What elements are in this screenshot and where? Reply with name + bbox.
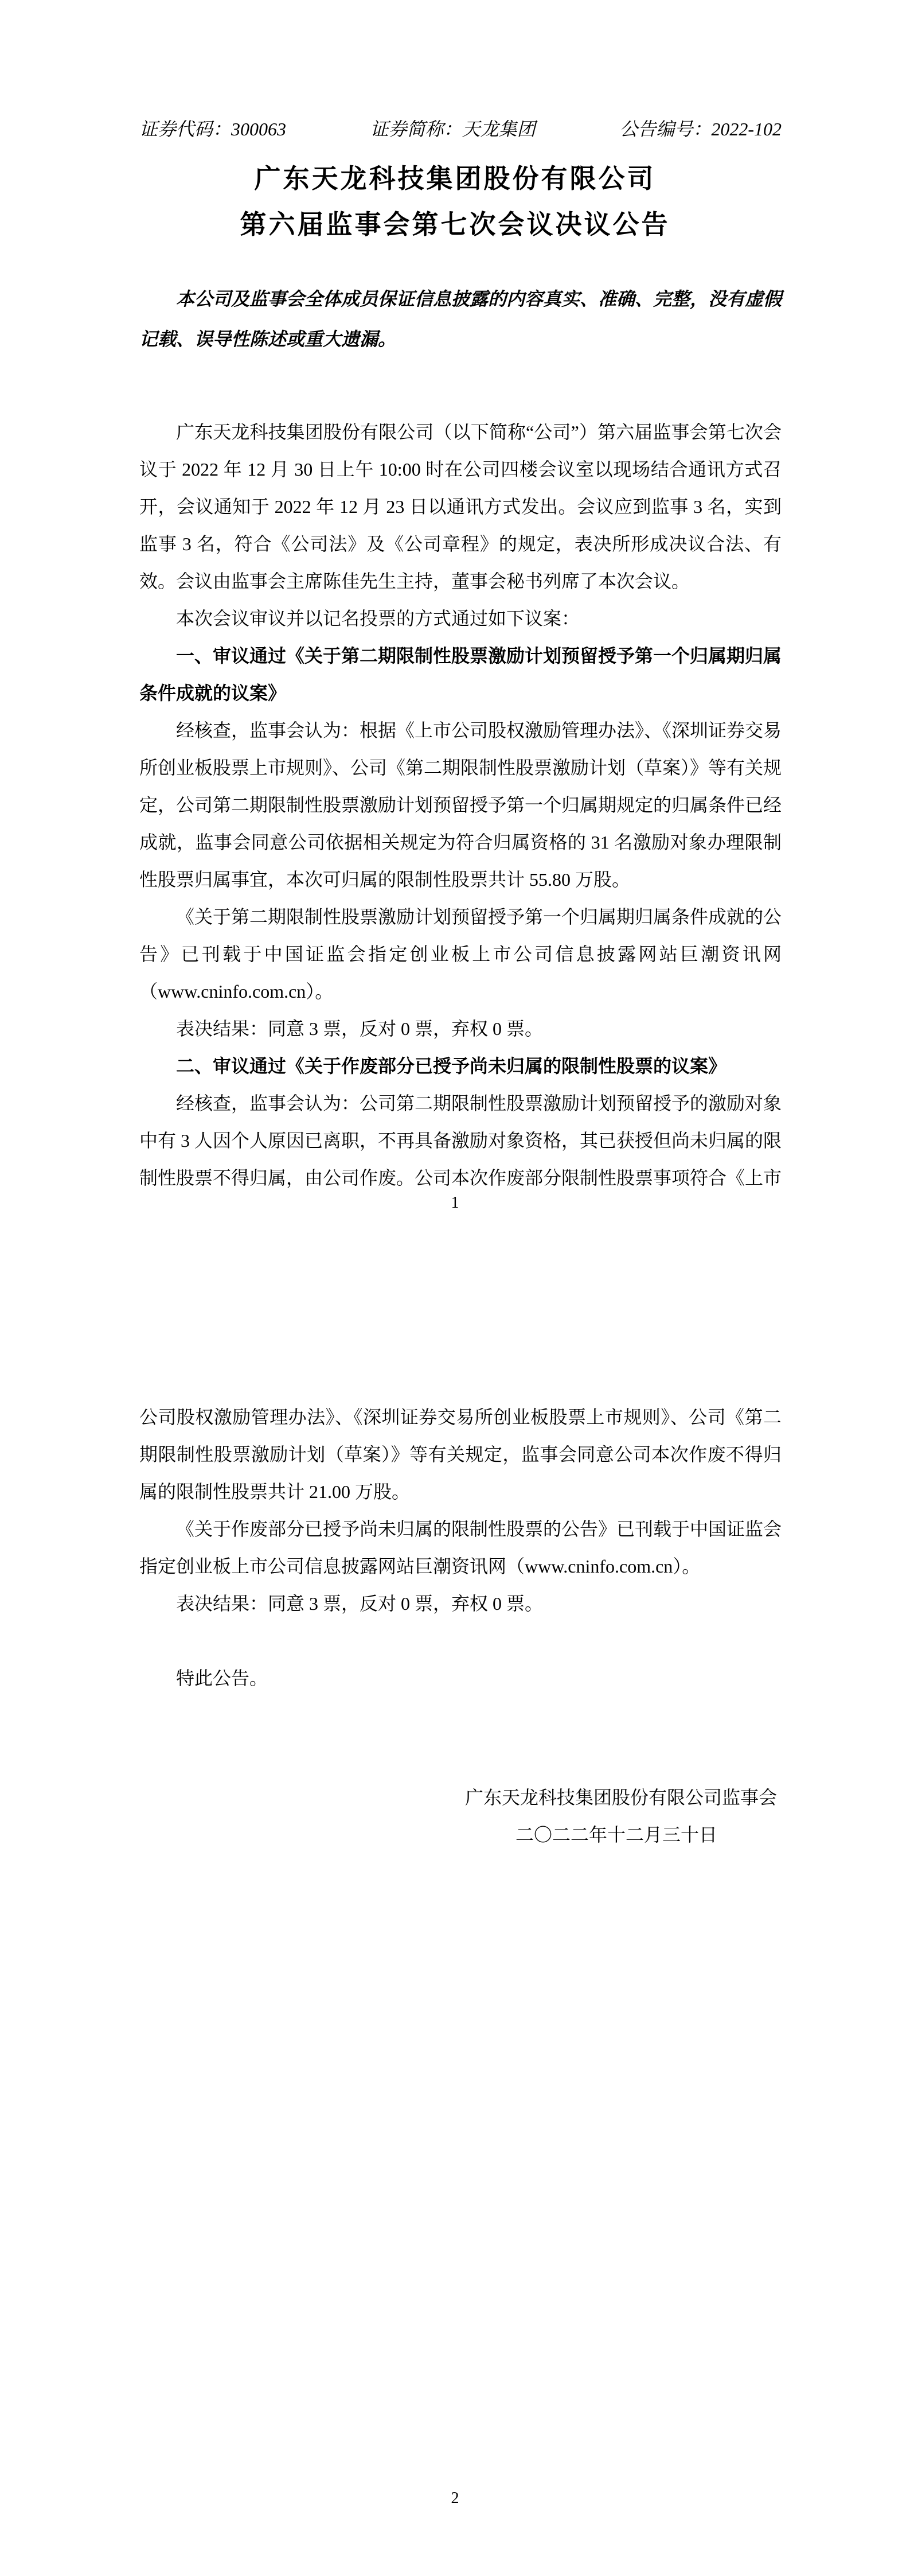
resolution-2-body-part2: 公司股权激励管理办法》、《深圳证券交易所创业板股票上市规则》、公司《第二期限制性… bbox=[139, 1399, 782, 1511]
announcement-number-value: 2022-102 bbox=[711, 119, 782, 139]
resolution-1-vote-result: 表决结果：同意 3 票，反对 0 票，弃权 0 票。 bbox=[139, 1010, 782, 1048]
page-number-1: 1 bbox=[0, 1194, 910, 1212]
signature-entity: 广东天龙科技集团股份有限公司监事会 bbox=[456, 1779, 777, 1816]
resolution-2-heading: 二、审议通过《关于作废部分已授予尚未归属的限制性股票的议案》 bbox=[139, 1048, 782, 1085]
signature-block: 广东天龙科技集团股份有限公司监事会 二〇二二年十二月三十日 bbox=[456, 1779, 777, 1854]
signature-date: 二〇二二年十二月三十日 bbox=[456, 1816, 777, 1854]
announcement-document: { "document": { "header": { "stock_code_… bbox=[0, 0, 910, 2576]
page-number-2: 2 bbox=[0, 2490, 910, 2507]
stock-name-value: 天龙集团 bbox=[462, 119, 536, 139]
resolution-2-reference: 《关于作废部分已授予尚未归属的限制性股票的公告》已刊载于中国证监会指定创业板上市… bbox=[139, 1511, 782, 1585]
resolution-1-heading: 一、审议通过《关于第二期限制性股票激励计划预留授予第一个归属期归属条件成就的议案… bbox=[139, 637, 782, 712]
announcement-title: 第六届监事会第七次会议决议公告 bbox=[0, 209, 910, 241]
resolution-2-body-part1: 经核查，监事会认为：公司第二期限制性股票激励计划预留授予的激励对象中有 3 人因… bbox=[139, 1085, 782, 1197]
stock-code-value: 300063 bbox=[231, 119, 286, 139]
page-1: 证券代码：300063 证券简称：天龙集团 公告编号：2022-102 广东天龙… bbox=[0, 0, 910, 1288]
resolution-1-body: 经核查，监事会认为：根据《上市公司股权激励管理办法》、《深圳证券交易所创业板股票… bbox=[139, 712, 782, 898]
closing-statement: 特此公告。 bbox=[139, 1660, 782, 1697]
securities-header-row: 证券代码：300063 证券简称：天龙集团 公告编号：2022-102 bbox=[139, 118, 782, 141]
stock-name: 证券简称：天龙集团 bbox=[370, 118, 536, 141]
resolution-1-reference: 《关于第二期限制性股票激励计划预留授予第一个归属期归属条件成就的公告》已刊载于中… bbox=[139, 898, 782, 1010]
stock-code: 证券代码：300063 bbox=[139, 118, 286, 141]
stock-code-label: 证券代码： bbox=[139, 119, 231, 139]
meeting-intro-paragraph: 广东天龙科技集团股份有限公司（以下简称“公司”）第六届监事会第七次会议于 202… bbox=[139, 414, 782, 600]
stock-name-label: 证券简称： bbox=[370, 119, 462, 139]
agenda-intro-line: 本次会议审议并以记名投票的方式通过如下议案： bbox=[139, 600, 782, 637]
company-name-title: 广东天龙科技集团股份有限公司 bbox=[0, 163, 910, 195]
resolution-2-vote-result: 表决结果：同意 3 票，反对 0 票，弃权 0 票。 bbox=[139, 1585, 782, 1622]
announcement-number-label: 公告编号： bbox=[619, 119, 711, 139]
disclaimer-statement: 本公司及监事会全体成员保证信息披露的内容真实、准确、完整，没有虚假记载、误导性陈… bbox=[139, 279, 782, 359]
announcement-number: 公告编号：2022-102 bbox=[619, 118, 782, 141]
page-2: 公司股权激励管理办法》、《深圳证券交易所创业板股票上市规则》、公司《第二期限制性… bbox=[0, 1288, 910, 2576]
